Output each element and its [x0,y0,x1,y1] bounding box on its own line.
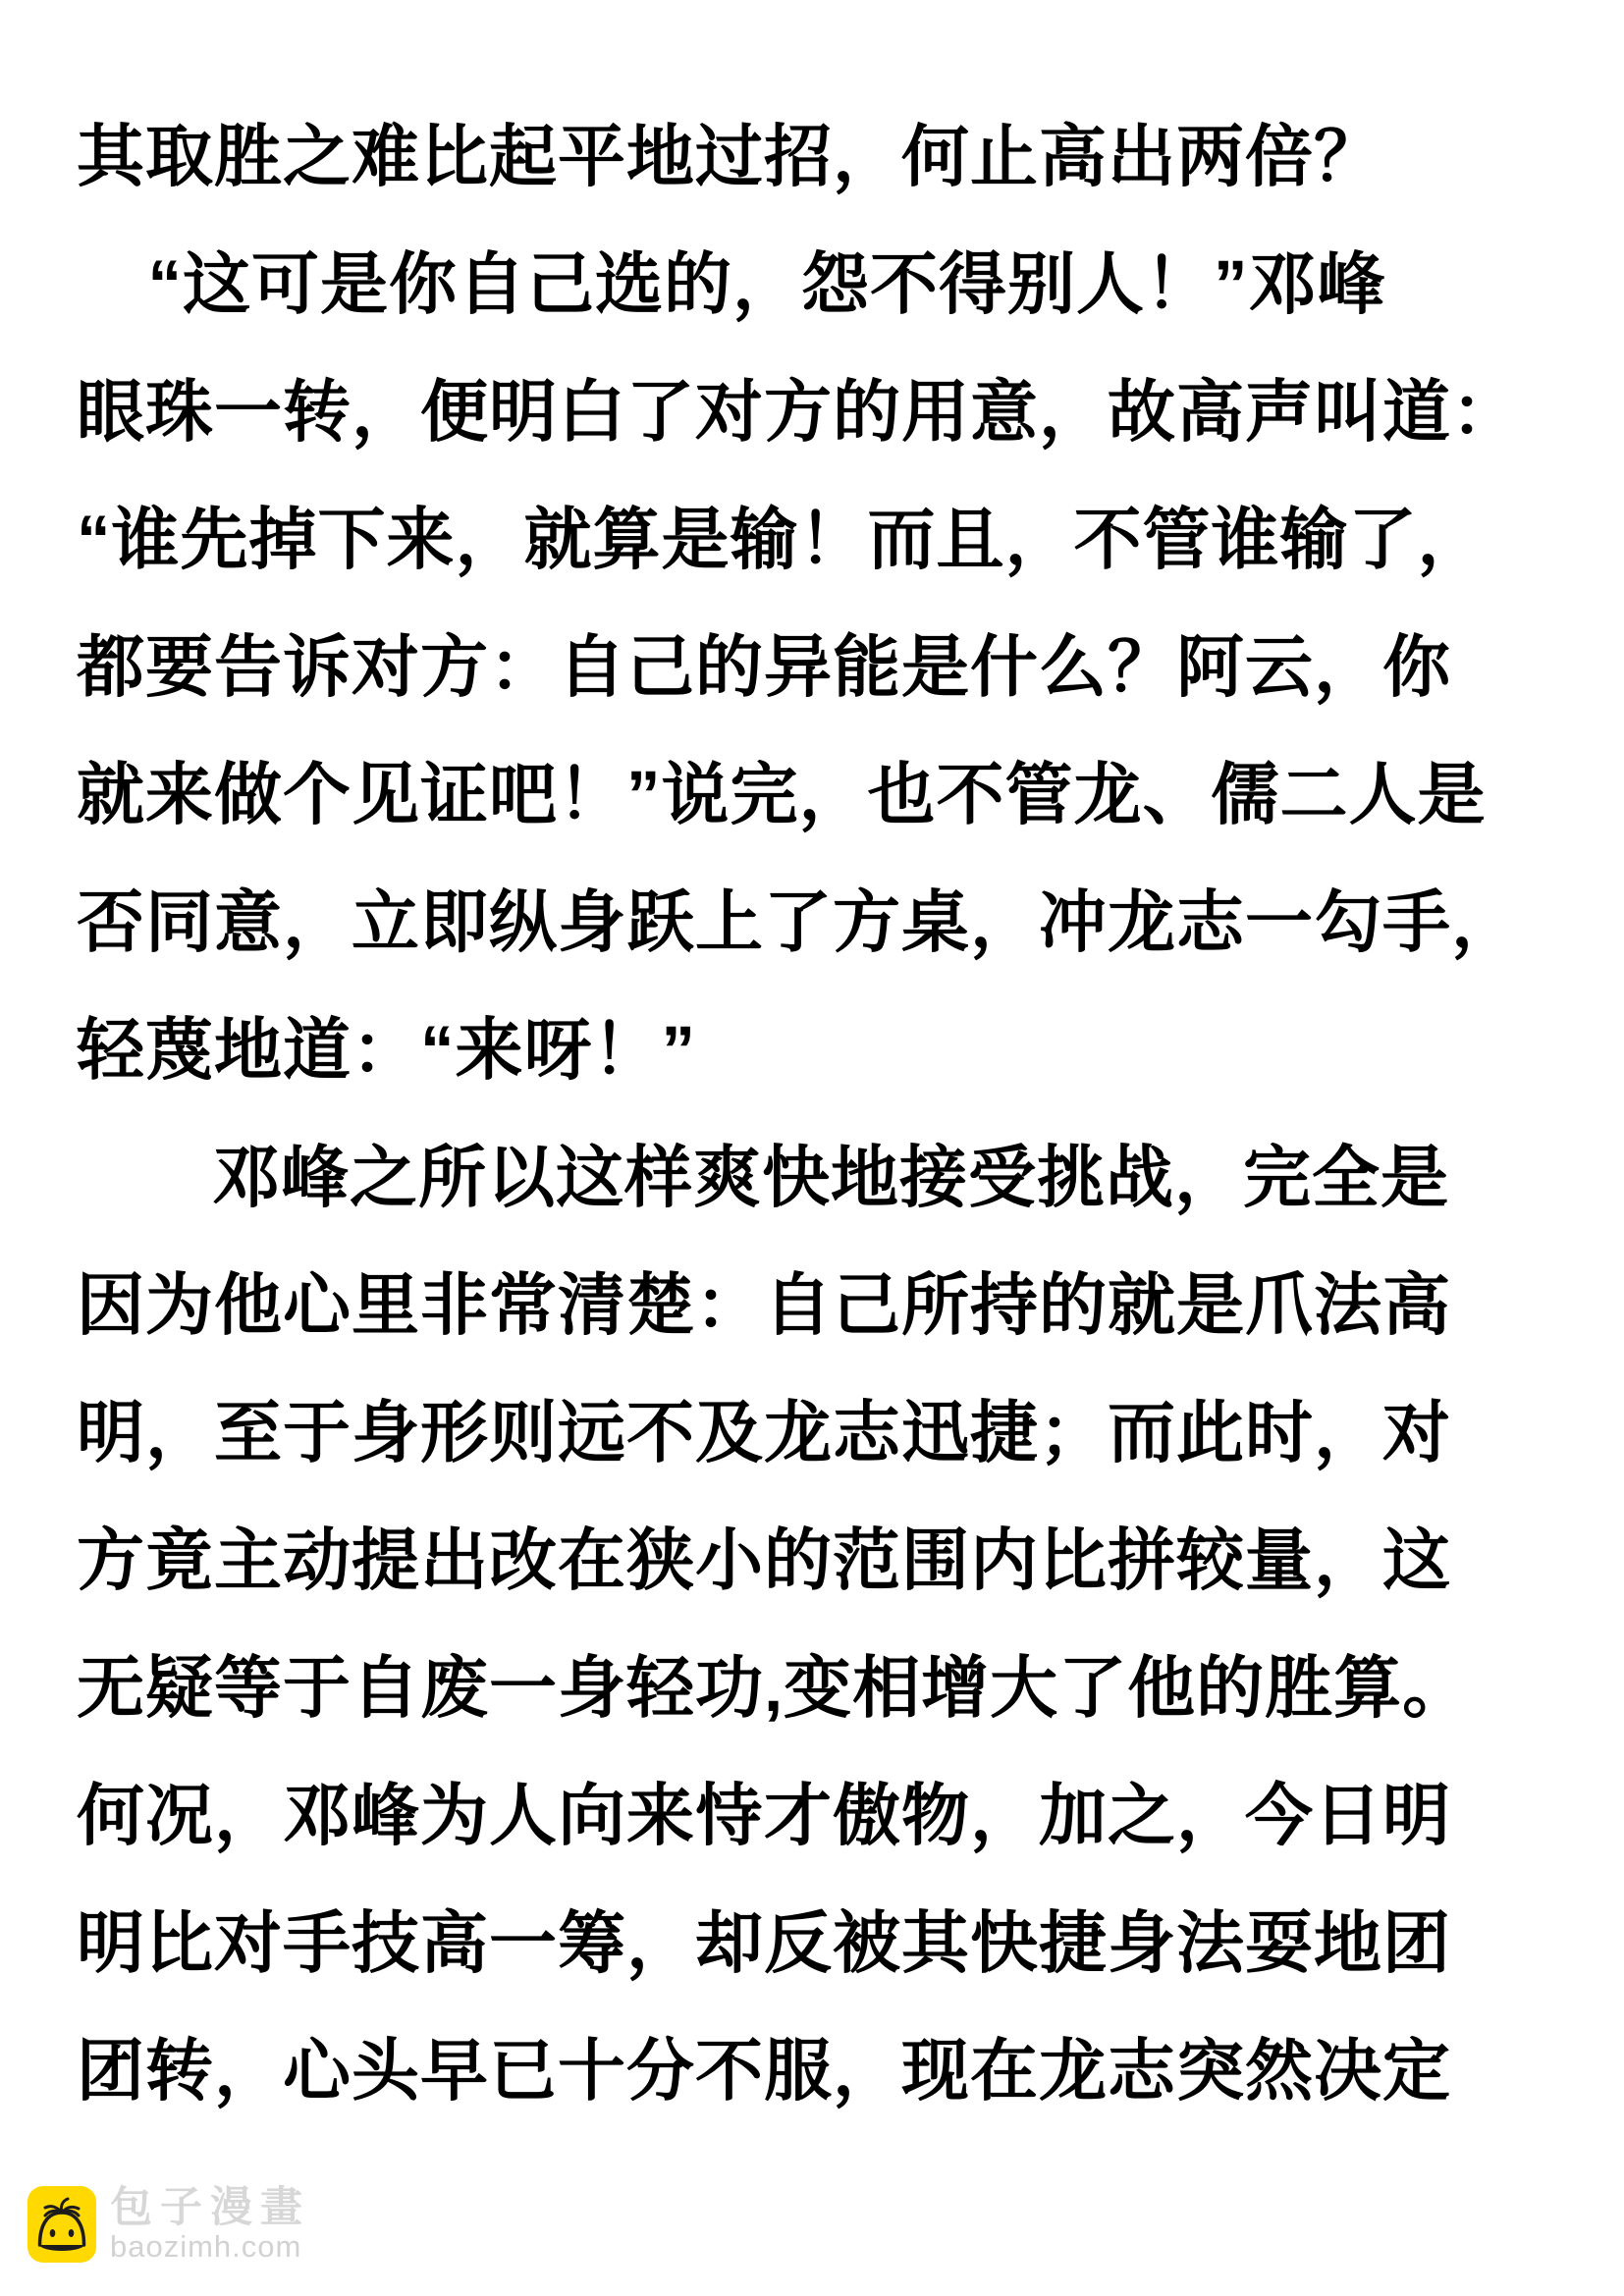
paragraph-text: 其取胜之难比起平地过招，何止高出两倍？ “这可是你自己选的，怨不得别人！”邓峰 … [77,0,1559,2135]
text-line: 因为他心里非常清楚：自己所持的就是爪法高 [77,1242,1559,1369]
text-line: 方竟主动提出改在狭小的范围内比拼较量，这 [77,1497,1559,1625]
text-line: 邓峰之所以这样爽快地接受挑战，完全是 [77,1114,1559,1242]
text-line: 明，至于身形则远不及龙志迅捷；而此时，对 [77,1369,1559,1497]
baozi-bun-icon [27,2186,96,2263]
watermark-text: 包子漫畫 baozimh.com [110,2185,310,2264]
site-url: baozimh.com [110,2230,310,2264]
text-line: 都要告诉对方：自己的异能是什么？阿云，你 [77,604,1559,731]
text-line: 何况，邓峰为人向来恃才傲物，加之，今日明 [77,1752,1559,1880]
text-line: 明比对手技高一筹，却反被其快捷身法耍地团 [77,1880,1559,2007]
text-line: 团转，心头早已十分不服，现在龙志突然决定 [77,2007,1559,2135]
text-line: 眼珠一转，便明白了对方的用意，故高声叫道： [77,348,1559,476]
novel-text-page: 其取胜之难比起平地过招，何止高出两倍？ “这可是你自己选的，怨不得别人！”邓峰 … [0,0,1624,2296]
site-name: 包子漫畫 [110,2185,310,2230]
text-line: “这可是你自己选的，怨不得别人！”邓峰 [77,221,1559,348]
text-line: “谁先掉下来，就算是输！而且，不管谁输了， [77,476,1559,604]
text-line: 就来做个见证吧！”说完，也不管龙、儒二人是 [77,731,1559,859]
text-line: 轻蔑地道：“来呀！” [77,987,1559,1114]
baozimh-watermark: 包子漫畫 baozimh.com [27,2185,310,2264]
text-line: 其取胜之难比起平地过招，何止高出两倍？ [77,93,1559,221]
text-line: 无疑等于自废一身轻功,变相增大了他的胜算。 [77,1625,1559,1752]
text-line: 否同意，立即纵身跃上了方桌，冲龙志一勾手， [77,859,1559,987]
